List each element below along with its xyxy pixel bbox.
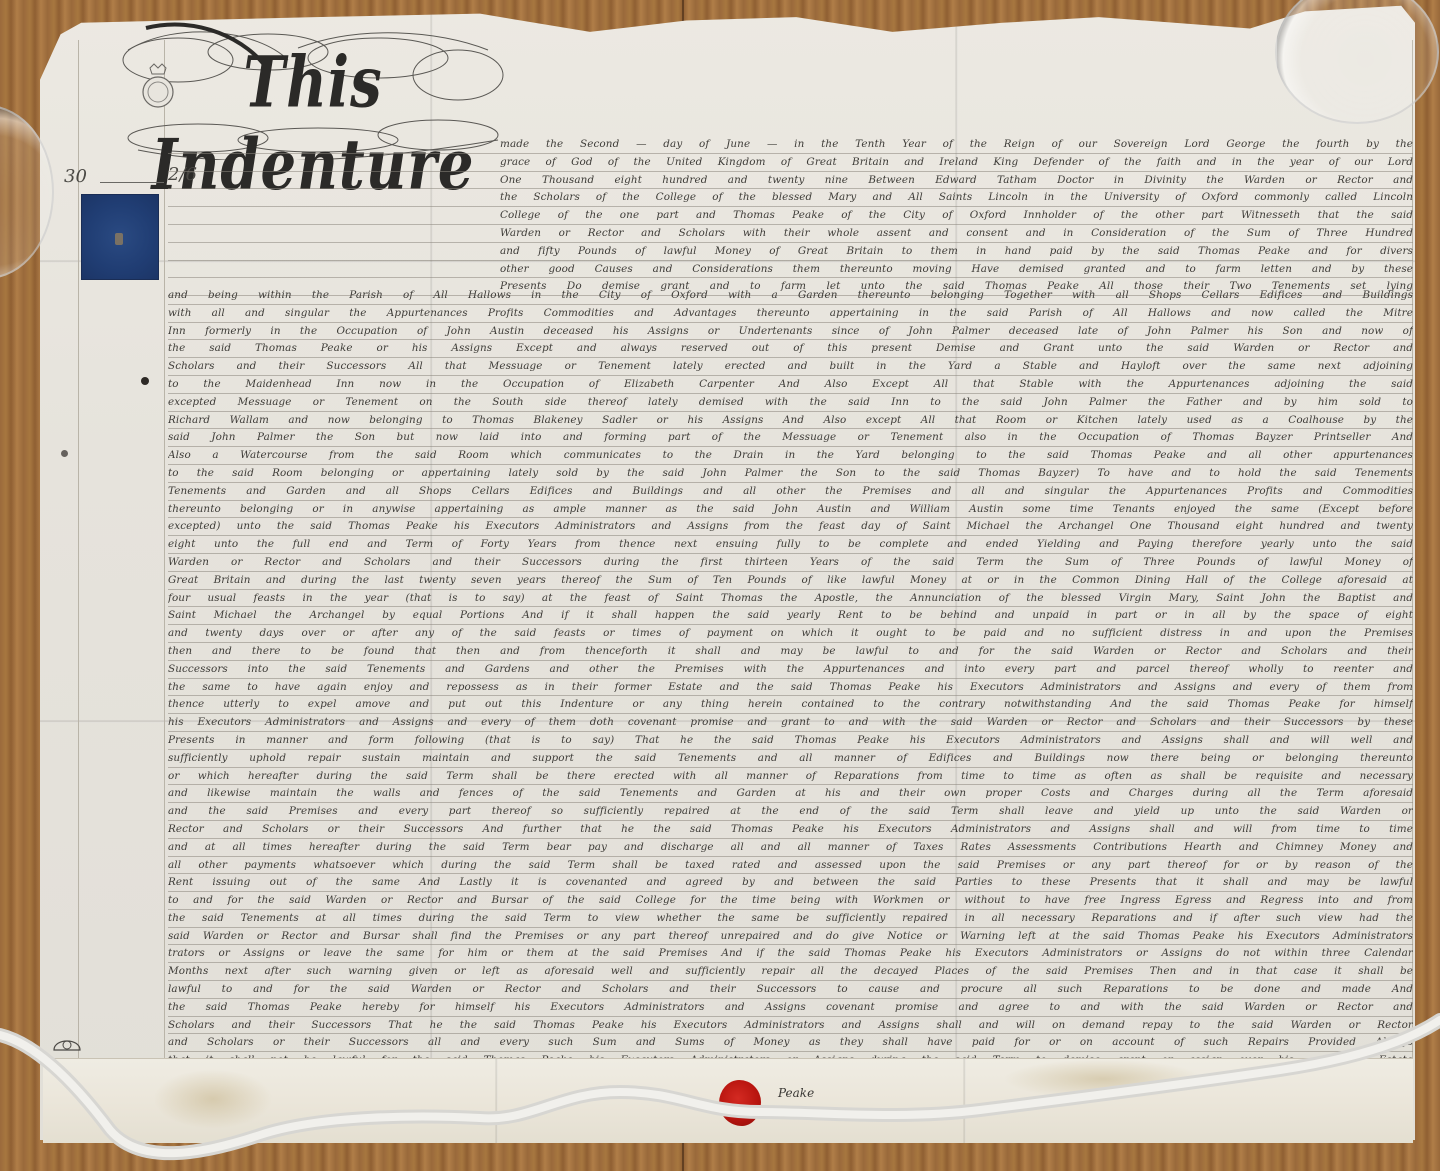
- text-line: the Scholars of the College of the bless…: [168, 189, 1413, 207]
- margin-note-underline: [100, 182, 164, 183]
- text-line: said Warden or Rector and Bursar shall f…: [168, 928, 1413, 946]
- age-stain: [153, 1069, 273, 1129]
- text-line: and likewise maintain the walls and fenc…: [168, 785, 1413, 803]
- text-line: eight unto the full end and Term of Fort…: [168, 536, 1413, 554]
- text-line: excepted) unto the said Thomas Peake his…: [168, 518, 1413, 536]
- text-line: four usual feasts in the year (that is t…: [168, 590, 1413, 608]
- text-line: Warden or Rector and Scholars with their…: [168, 225, 1413, 243]
- text-line: and Scholars or their Successors all and…: [168, 1034, 1413, 1052]
- blue-duty-stamp: [81, 194, 159, 280]
- text-line: Richard Wallam and now belonging to Thom…: [168, 412, 1413, 430]
- fold-line-vertical: [495, 1059, 498, 1143]
- text-line: with all and singular the Appurtenances …: [168, 305, 1413, 323]
- text-line: Rent issuing out of the same And Lastly …: [168, 874, 1413, 892]
- text-line: College of the one part and Thomas Peake…: [168, 207, 1413, 225]
- text-line: said John Palmer the Son but now laid in…: [168, 429, 1413, 447]
- text-line: made the Second — day of June — in the T…: [168, 136, 1413, 154]
- text-line: sufficiently uphold repair sustain maint…: [168, 750, 1413, 768]
- text-line: and being within the Parish of All Hallo…: [168, 287, 1413, 305]
- text-line: Great Britain and during the last twenty…: [168, 572, 1413, 590]
- text-line: thereunto belonging or in anywise appert…: [168, 501, 1413, 519]
- text-line: thence utterly to expel amove and put ou…: [168, 696, 1413, 714]
- text-line: and at all times hereafter during the sa…: [168, 839, 1413, 857]
- text-line: the said Thomas Peake hereby for himself…: [168, 999, 1413, 1017]
- stamp-tag-icon: [115, 233, 123, 245]
- text-line: Months next after such warning given or …: [168, 963, 1413, 981]
- text-line: lawful to and for the said Warden or Rec…: [168, 981, 1413, 999]
- small-embossed-stamp-icon: [52, 1034, 82, 1052]
- text-line: grace of God of the United Kingdom of Gr…: [168, 154, 1413, 172]
- text-line: Tenements and Garden and all Shops Cella…: [168, 483, 1413, 501]
- red-wax-seal: [719, 1080, 761, 1126]
- text-line: the said Thomas Peake or his Assigns Exc…: [168, 340, 1413, 358]
- age-stain: [1003, 1059, 1203, 1099]
- royal-arms-emblem-icon: [136, 62, 180, 112]
- text-line: and the said Premises and every part the…: [168, 803, 1413, 821]
- text-line: other good Causes and Considerations the…: [168, 261, 1413, 279]
- text-line: to the Maidenhead Inn now in the Occupat…: [168, 376, 1413, 394]
- text-line: all other payments whatsoever which duri…: [168, 857, 1413, 875]
- text-line: Saint Michael the Archangel by equal Por…: [168, 607, 1413, 625]
- text-line: Scholars and their Successors That he th…: [168, 1017, 1413, 1035]
- text-line: to the said Room belonging or appertaini…: [168, 465, 1413, 483]
- margin-note-number: 30: [64, 166, 87, 187]
- text-line: Warden or Rector and Scholars and their …: [168, 554, 1413, 572]
- text-line: and twenty days over or after any of the…: [168, 625, 1413, 643]
- ink-blot: [141, 377, 149, 385]
- text-line: Scholars and their Successors All that M…: [168, 358, 1413, 376]
- text-line: trators or Assigns or leave the same for…: [168, 945, 1413, 963]
- text-line: the same to have again enjoy and reposse…: [168, 679, 1413, 697]
- text-line: the said Tenements at all times during t…: [168, 910, 1413, 928]
- text-line: and fifty Pounds of lawful Money of Grea…: [168, 243, 1413, 261]
- text-line: to and for the said Warden or Rector and…: [168, 892, 1413, 910]
- text-line: or which hereafter during the said Term …: [168, 768, 1413, 786]
- text-line: Successors into the said Tenements and G…: [168, 661, 1413, 679]
- signature-surname: Peake: [778, 1086, 814, 1100]
- text-line: his Executors Administrators and Assigns…: [168, 714, 1413, 732]
- text-line: Also a Watercourse from the said Room wh…: [168, 447, 1413, 465]
- text-line: excepted Messuage or Tenement on the Sou…: [168, 394, 1413, 412]
- ink-blot: [61, 450, 68, 457]
- text-line: then and there to be found that then and…: [168, 643, 1413, 661]
- text-line: Presents in manner and form following (t…: [168, 732, 1413, 750]
- margin-rule: [78, 40, 79, 1071]
- fold-line-vertical: [963, 1059, 966, 1143]
- text-line: One Thousand eight hundred and twenty ni…: [168, 172, 1413, 190]
- signature-first-name: Thos: [640, 1086, 669, 1100]
- text-line: Rector and Scholars or their Successors …: [168, 821, 1413, 839]
- text-line: Inn formerly in the Occupation of John A…: [168, 323, 1413, 341]
